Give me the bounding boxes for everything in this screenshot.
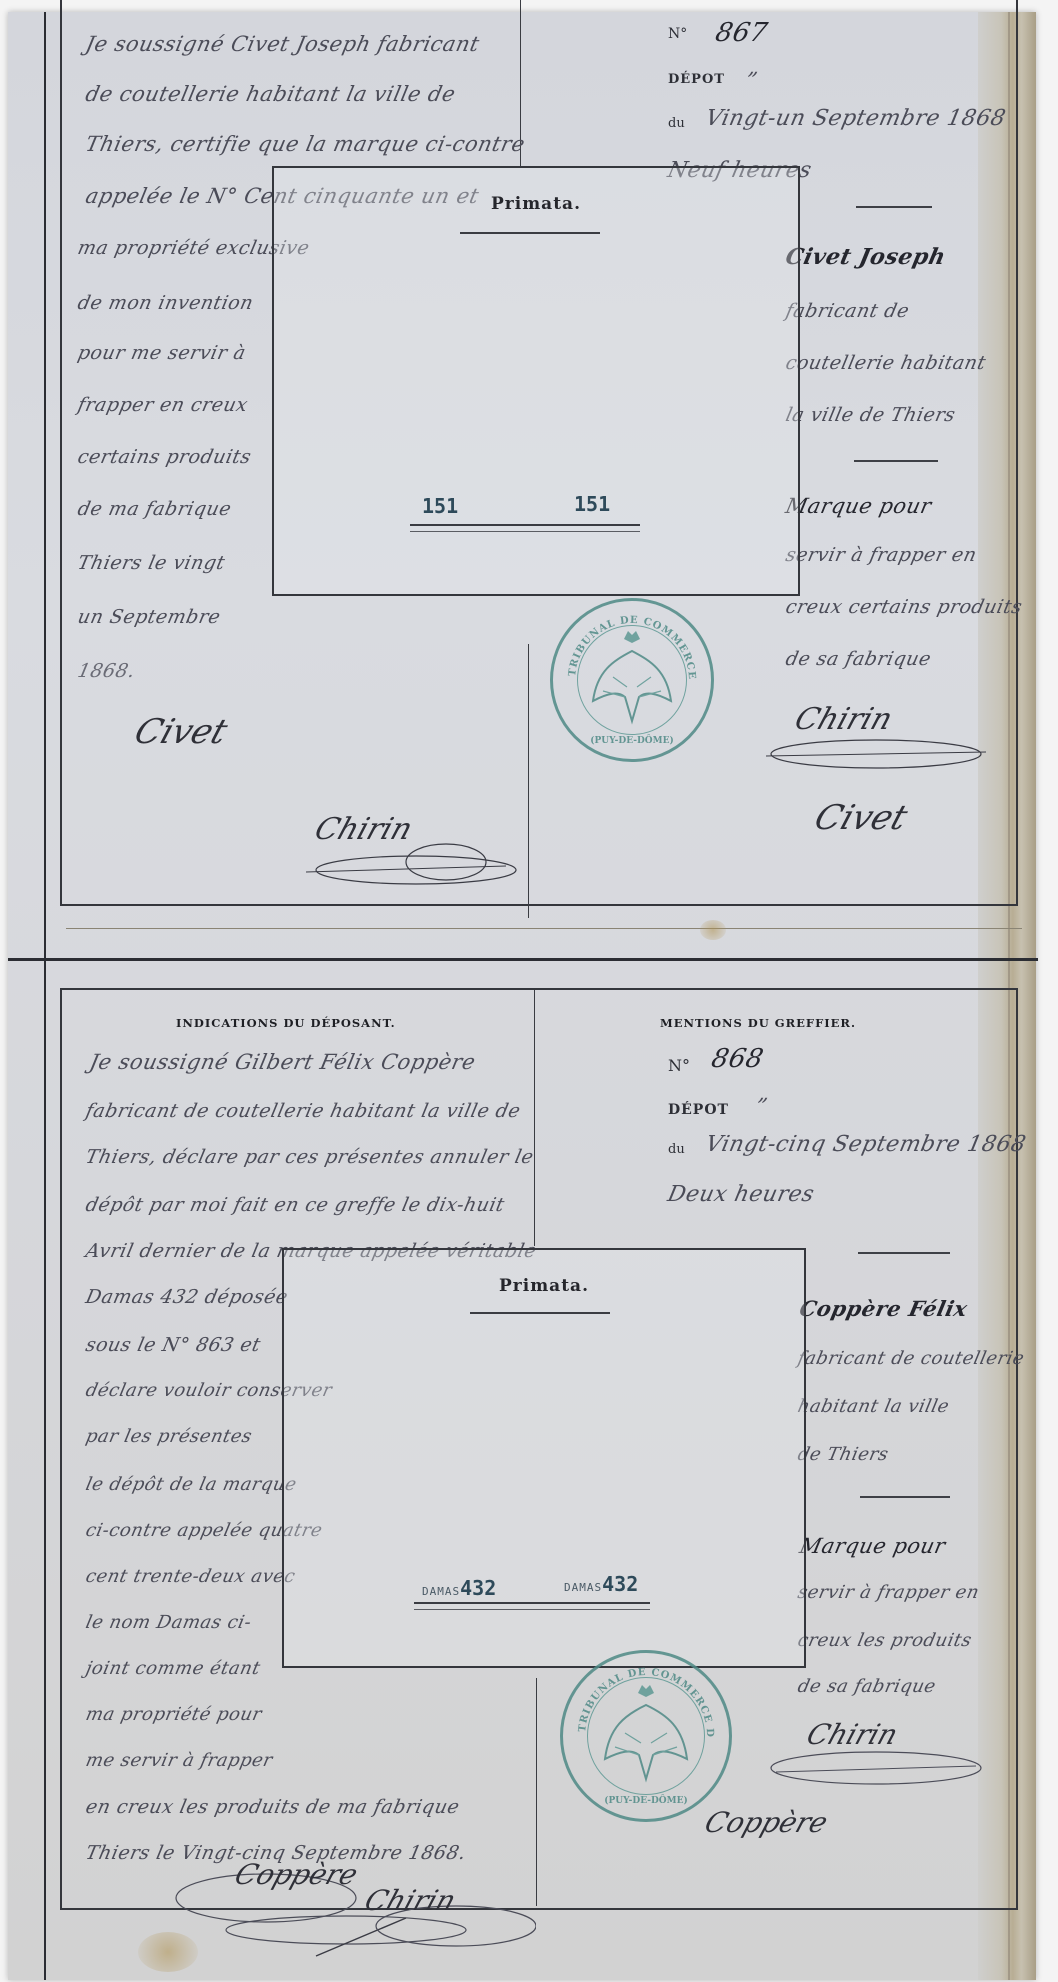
entry-867: Je soussigné Civet Joseph fabricant de c… bbox=[56, 12, 1018, 924]
signature-flourish bbox=[756, 1738, 996, 1798]
declaration-line: de ma fabrique bbox=[76, 498, 234, 520]
svg-text:TRIBUNAL DE COMMERCE DE THIERS: TRIBUNAL DE COMMERCE DE THIERS bbox=[563, 1653, 715, 1738]
summary-line: Coppère Félix bbox=[797, 1296, 970, 1321]
section-rule bbox=[858, 1252, 950, 1254]
summary-line: de Thiers bbox=[796, 1444, 891, 1465]
deposit-time: Deux heures bbox=[665, 1182, 816, 1207]
declaration-line: ma propriété pour bbox=[84, 1704, 264, 1725]
entry-separator bbox=[8, 958, 1038, 961]
mark-title: Primata. bbox=[274, 194, 798, 214]
declaration-line: Thiers le vingt bbox=[76, 552, 227, 574]
right-column-header: MENTIONS DU GREFFIER. bbox=[660, 1016, 856, 1030]
outer-margin-rule bbox=[44, 12, 46, 1980]
column-divider bbox=[528, 644, 529, 918]
court-seal: TRIBUNAL DE COMMERCE DE THIERS (PUY-DE-D… bbox=[550, 598, 714, 762]
title-underline bbox=[470, 1312, 610, 1314]
summary-line: coutellerie habitant bbox=[784, 352, 988, 374]
summary-line: creux les produits bbox=[796, 1630, 974, 1651]
declaration-line: par les présentes bbox=[84, 1426, 254, 1447]
column-divider bbox=[534, 990, 535, 1246]
declaration-line: cent trente-deux avec bbox=[84, 1566, 298, 1587]
summary-line: fabricant de bbox=[784, 300, 912, 322]
paper-stain bbox=[138, 1932, 198, 1972]
date-label: du bbox=[668, 116, 685, 131]
svg-text:(PUY-DE-DÔME): (PUY-DE-DÔME) bbox=[604, 1794, 687, 1806]
declaration-line: pour me servir à bbox=[76, 342, 248, 364]
section-rule bbox=[860, 1496, 950, 1498]
declaration-line: fabricant de coutellerie habitant la vil… bbox=[84, 1100, 523, 1122]
summary-line: la ville de Thiers bbox=[784, 404, 958, 426]
stamp-baseline bbox=[410, 524, 640, 532]
depot-label: DÉPOT bbox=[668, 72, 725, 87]
clerk-signature: Chirin bbox=[361, 1884, 461, 1917]
declaration-line: le dépôt de la marque bbox=[84, 1474, 299, 1495]
declaration-line: me servir à frapper bbox=[84, 1750, 275, 1771]
deposit-number: 868 bbox=[709, 1044, 767, 1074]
declaration-line: Je soussigné Gilbert Félix Coppère bbox=[87, 1050, 477, 1074]
declaration-date: 1868. bbox=[76, 660, 138, 682]
deposit-date: Vingt-un Septembre 1868 bbox=[703, 106, 1008, 131]
svg-text:(PUY-DE-DÔME): (PUY-DE-DÔME) bbox=[590, 734, 673, 746]
summary-line: Marque pour bbox=[783, 494, 933, 518]
declaration-line: de mon invention bbox=[76, 292, 256, 314]
declaration-line: le nom Damas ci- bbox=[84, 1612, 254, 1633]
stamp-baseline bbox=[414, 1602, 650, 1610]
declaration-line: Je soussigné Civet Joseph fabricant bbox=[83, 32, 481, 56]
svg-text:TRIBUNAL DE COMMERCE DE THIERS: TRIBUNAL DE COMMERCE DE THIERS bbox=[553, 601, 697, 680]
declaration-line: en creux les produits de ma fabrique bbox=[84, 1796, 462, 1818]
depositor-signature: Civet bbox=[810, 798, 913, 838]
depositor-signature: Coppère bbox=[231, 1858, 362, 1891]
summary-line: fabricant de coutellerie bbox=[796, 1348, 1027, 1369]
paper-stain bbox=[700, 920, 726, 940]
mark-impression-box: Primata. DAMAS432 DAMAS432 bbox=[282, 1248, 806, 1668]
declaration-line: sous le N° 863 et bbox=[84, 1334, 263, 1356]
declaration-line: dépôt par moi fait en ce greffe le dix-h… bbox=[84, 1194, 507, 1216]
declaration-line: un Septembre bbox=[76, 606, 223, 628]
declaration-line: joint comme étant bbox=[84, 1658, 263, 1679]
left-column-header: INDICATIONS DU DÉPOSANT. bbox=[176, 1016, 396, 1030]
declaration-line: de coutellerie habitant la ville de bbox=[83, 82, 457, 106]
section-rule bbox=[856, 206, 932, 208]
mark-stamp-right: 151 bbox=[574, 492, 610, 516]
mark-impression-box: Primata. 151 151 bbox=[272, 166, 800, 596]
column-divider bbox=[536, 1678, 537, 1906]
summary-line: habitant la ville bbox=[796, 1396, 951, 1417]
declaration-line: frapper en creux bbox=[76, 394, 250, 416]
summary-line: de sa fabrique bbox=[796, 1676, 938, 1697]
depositor-signature: Civet bbox=[130, 712, 233, 752]
mark-stamp-left: DAMAS432 bbox=[422, 1576, 496, 1600]
declaration-line: Thiers, certifie que la marque ci-contre bbox=[83, 132, 527, 156]
depot-label: DÉPOT bbox=[668, 1102, 729, 1118]
deposit-date: Vingt-cinq Septembre 1868 bbox=[703, 1132, 1028, 1157]
summary-line: creux certains produits bbox=[784, 596, 1025, 618]
summary-line: Marque pour bbox=[797, 1534, 947, 1558]
mark-stamp-left: 151 bbox=[422, 494, 458, 518]
eagle-icon: TRIBUNAL DE COMMERCE DE THIERS (PUY-DE-D… bbox=[553, 601, 711, 759]
title-underline bbox=[460, 232, 600, 234]
declaration-line: Damas 432 déposée bbox=[84, 1286, 290, 1308]
summary-line: de sa fabrique bbox=[784, 648, 934, 670]
declaration-line: Thiers, déclare par ces présentes annule… bbox=[84, 1146, 536, 1168]
register-page: Je soussigné Civet Joseph fabricant de c… bbox=[8, 12, 1036, 1980]
entry-868: INDICATIONS DU DÉPOSANT. MENTIONS DU GRE… bbox=[56, 978, 1018, 1973]
summary-line: servir à frapper en bbox=[784, 544, 979, 566]
summary-line: servir à frapper en bbox=[796, 1582, 981, 1603]
court-seal: TRIBUNAL DE COMMERCE DE THIERS (PUY-DE-D… bbox=[560, 1650, 732, 1822]
mark-title: Primata. bbox=[284, 1276, 804, 1296]
summary-line: Civet Joseph bbox=[783, 244, 948, 270]
date-label: du bbox=[668, 1142, 685, 1157]
mark-stamp-right: DAMAS432 bbox=[564, 1572, 638, 1596]
page-fold-line bbox=[66, 928, 1022, 929]
deposit-number: 867 bbox=[713, 18, 771, 48]
number-label: N° bbox=[668, 26, 687, 42]
signature-flourish bbox=[296, 832, 526, 902]
eagle-icon: TRIBUNAL DE COMMERCE DE THIERS (PUY-DE-D… bbox=[563, 1653, 729, 1819]
declaration-line: certains produits bbox=[76, 446, 254, 468]
number-label: N° bbox=[668, 1056, 690, 1075]
section-rule bbox=[854, 460, 938, 462]
signature-flourish bbox=[756, 722, 996, 782]
